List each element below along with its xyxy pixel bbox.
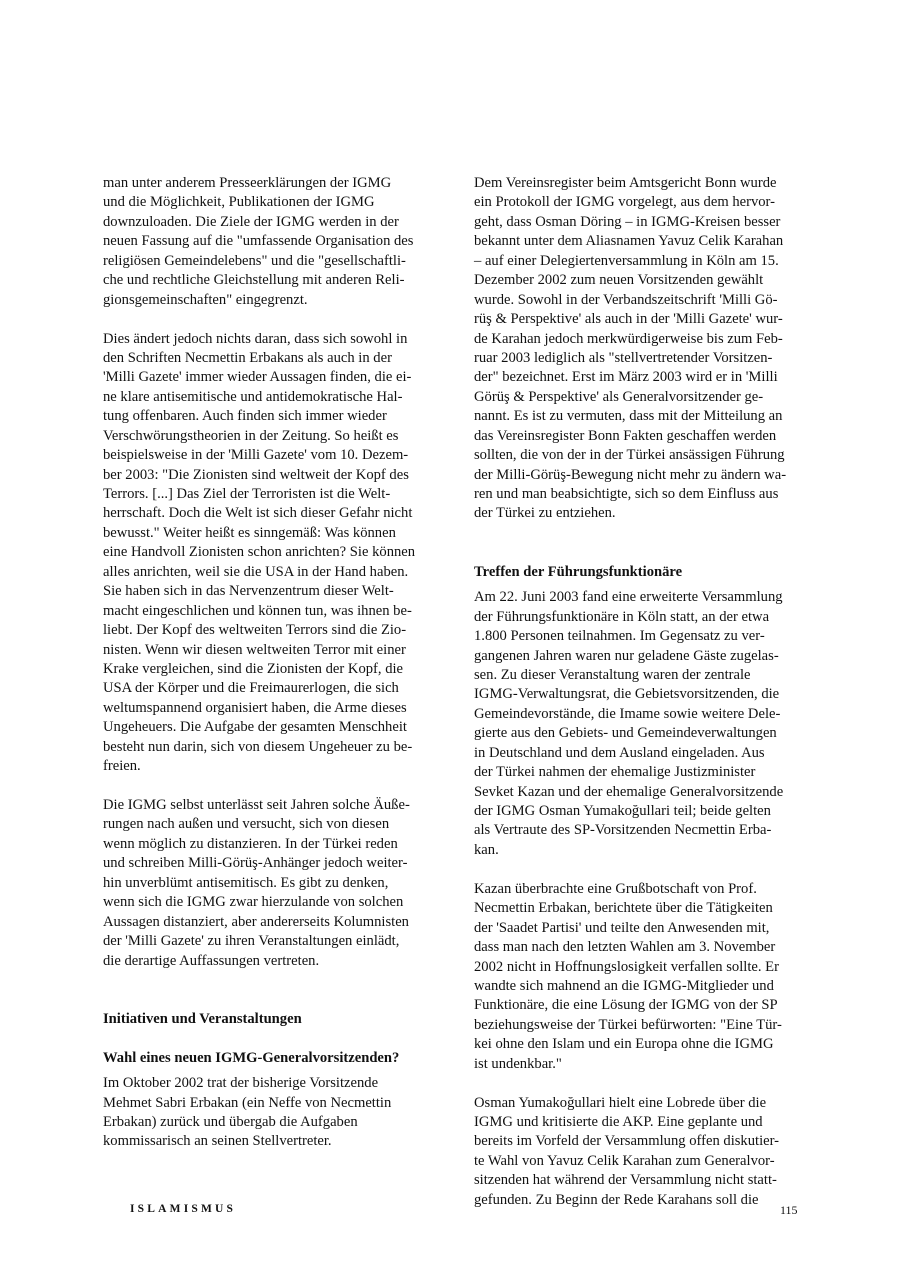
text-line: gierte aus den Gebiets- und Gemeindeverw… xyxy=(474,724,824,743)
text-line: Terrors. [...] Das Ziel der Terroristen … xyxy=(103,485,453,504)
text-line: 1.800 Personen teilnahmen. Im Gegensatz … xyxy=(474,627,824,646)
paragraph: Im Oktober 2002 trat der bisherige Vorsi… xyxy=(103,1074,453,1152)
section-heading: Initiativen und Veranstaltungen xyxy=(103,1010,453,1029)
paragraph: Dies ändert jedoch nichts daran, dass si… xyxy=(103,330,453,777)
text-line: Sie haben sich in das Nervenzentrum dies… xyxy=(103,582,453,601)
text-line: die derartige Auffassungen vertreten. xyxy=(103,952,453,971)
text-line: Mehmet Sabri Erbakan (ein Neffe von Necm… xyxy=(103,1094,453,1113)
paragraph: Osman Yumakoğullari hielt eine Lobrede ü… xyxy=(474,1094,824,1211)
text-line: Ungeheuers. Die Aufgabe der gesamten Men… xyxy=(103,718,453,737)
paragraph: man unter anderem Presseerklärungen der … xyxy=(103,174,453,310)
text-line: alles anrichten, weil sie die USA in der… xyxy=(103,563,453,582)
text-line: Dem Vereinsregister beim Amtsgericht Bon… xyxy=(474,174,824,193)
text-line: Funktionäre, die eine Lösung der IGMG vo… xyxy=(474,996,824,1015)
text-line: gangenen Jahren waren nur geladene Gäste… xyxy=(474,647,824,666)
text-line: der Führungsfunktionäre in Köln statt, a… xyxy=(474,608,824,627)
text-line: das Vereinsregister Bonn Fakten geschaff… xyxy=(474,427,824,446)
text-line: der" bezeichnet. Erst im März 2003 wird … xyxy=(474,368,824,387)
text-line: der IGMG Osman Yumakoğullari teil; beide… xyxy=(474,802,824,821)
text-line: bewusst." Weiter heißt es sinngemäß: Was… xyxy=(103,524,453,543)
text-line: che und rechtliche Gleichstellung mit an… xyxy=(103,271,453,290)
text-line: de Karahan jedoch merkwürdigerweise bis … xyxy=(474,330,824,349)
text-line: Krake vergleichen, sind die Zionisten de… xyxy=(103,660,453,679)
text-line: liebt. Der Kopf des weltweiten Terrors s… xyxy=(103,621,453,640)
text-line: ruar 2003 lediglich als "stellvertretend… xyxy=(474,349,824,368)
text-line: Im Oktober 2002 trat der bisherige Vorsi… xyxy=(103,1074,453,1093)
text-line: gefunden. Zu Beginn der Rede Karahans so… xyxy=(474,1191,824,1210)
text-line: Necmettin Erbakan, berichtete über die T… xyxy=(474,899,824,918)
text-line: 'Milli Gazete' immer wieder Aussagen fin… xyxy=(103,368,453,387)
text-line: Gemeindevorstände, die Imame sowie weite… xyxy=(474,705,824,724)
text-line: kan. xyxy=(474,841,824,860)
text-line: IGMG-Verwaltungsrat, die Gebietsvorsitze… xyxy=(474,685,824,704)
text-line: Dies ändert jedoch nichts daran, dass si… xyxy=(103,330,453,349)
text-line: Die IGMG selbst unterlässt seit Jahren s… xyxy=(103,796,453,815)
text-line: wurde. Sowohl in der Verbandszeitschrift… xyxy=(474,291,824,310)
text-line: ne klare antisemitische und antidemokrat… xyxy=(103,388,453,407)
text-line: sen. Zu dieser Veranstaltung waren der z… xyxy=(474,666,824,685)
text-line: Erbakan) zurück und übergab die Aufgaben xyxy=(103,1113,453,1132)
text-line: der Milli-Görüş-Bewegung nicht mehr zu ä… xyxy=(474,466,824,485)
text-line: te Wahl von Yavuz Celik Karahan zum Gene… xyxy=(474,1152,824,1171)
text-line: sitzenden hat während der Versammlung ni… xyxy=(474,1171,824,1190)
paragraph: Am 22. Juni 2003 fand eine erweiterte Ve… xyxy=(474,588,824,860)
text-line: rungen nach außen und versucht, sich von… xyxy=(103,815,453,834)
text-line: weltumspannend organisiert haben, die Ar… xyxy=(103,699,453,718)
text-line: 2002 nicht in Hoffnungslosigkeit verfall… xyxy=(474,958,824,977)
text-line: freien. xyxy=(103,757,453,776)
text-line: gionsgemeinschaften" eingegrenzt. xyxy=(103,291,453,310)
text-line: wandte sich mahnend an die IGMG-Mitglied… xyxy=(474,977,824,996)
text-line: neuen Fassung auf die "umfassende Organi… xyxy=(103,232,453,251)
text-line: IGMG und kritisierte die AKP. Eine gepla… xyxy=(474,1113,824,1132)
footer-section-title: ISLAMISMUS xyxy=(130,1203,236,1215)
text-line: Verschwörungstheorien in der Zeitung. So… xyxy=(103,427,453,446)
paragraph: Kazan überbrachte eine Grußbotschaft von… xyxy=(474,880,824,1074)
text-line: religiösen Gemeindelebens" und die "gese… xyxy=(103,252,453,271)
text-line: eine Handvoll Zionisten schon anrichten?… xyxy=(103,543,453,562)
text-line: ren und man beabsichtigte, sich so dem E… xyxy=(474,485,824,504)
text-line: als Vertraute des SP-Vorsitzenden Necmet… xyxy=(474,821,824,840)
section-heading: Treffen der Führungsfunktionäre xyxy=(474,563,824,582)
text-line: nisten. Wenn wir diesen weltweiten Terro… xyxy=(103,641,453,660)
paragraph: Die IGMG selbst unterlässt seit Jahren s… xyxy=(103,796,453,971)
text-line: Sevket Kazan und der ehemalige Generalvo… xyxy=(474,783,824,802)
paragraph: Dem Vereinsregister beim Amtsgericht Bon… xyxy=(474,174,824,524)
text-line: USA der Körper und die Freimaurerlogen, … xyxy=(103,679,453,698)
text-line: Aussagen distanziert, aber andererseits … xyxy=(103,913,453,932)
text-line: macht eingeschlichen und können tun, was… xyxy=(103,602,453,621)
text-line: geht, dass Osman Döring – in IGMG-Kreise… xyxy=(474,213,824,232)
text-line: den Schriften Necmettin Erbakans als auc… xyxy=(103,349,453,368)
text-line: besteht nun darin, sich von diesem Ungeh… xyxy=(103,738,453,757)
text-line: Kazan überbrachte eine Grußbotschaft von… xyxy=(474,880,824,899)
text-line: downzuloaden. Die Ziele der IGMG werden … xyxy=(103,213,453,232)
text-line: wenn möglich zu distanzieren. In der Tür… xyxy=(103,835,453,854)
text-line: herrschaft. Doch die Welt ist sich diese… xyxy=(103,504,453,523)
text-line: man unter anderem Presseerklärungen der … xyxy=(103,174,453,193)
text-line: Görüş & Perspektive' als Generalvorsitze… xyxy=(474,388,824,407)
text-line: wenn sich die IGMG zwar hierzulande von … xyxy=(103,893,453,912)
text-line: Osman Yumakoğullari hielt eine Lobrede ü… xyxy=(474,1094,824,1113)
text-line: – auf einer Delegiertenversammlung in Kö… xyxy=(474,252,824,271)
text-line: nannt. Es ist zu vermuten, dass mit der … xyxy=(474,407,824,426)
text-line: rüş & Perspektive' als auch in der 'Mill… xyxy=(474,310,824,329)
text-line: sollten, die von der in der Türkei ansäs… xyxy=(474,446,824,465)
text-line: Am 22. Juni 2003 fand eine erweiterte Ve… xyxy=(474,588,824,607)
text-line: hin unverblümt antisemitisch. Es gibt zu… xyxy=(103,874,453,893)
text-line: in Deutschland und dem Ausland eingelade… xyxy=(474,744,824,763)
left-column: man unter anderem Presseerklärungen der … xyxy=(103,174,453,1171)
text-line: kommissarisch an seinen Stellvertreter. xyxy=(103,1132,453,1151)
text-line: der Türkei nahmen der ehemalige Justizmi… xyxy=(474,763,824,782)
text-line: und die Möglichkeit, Publikationen der I… xyxy=(103,193,453,212)
text-line: der 'Milli Gazete' zu ihren Veranstaltun… xyxy=(103,932,453,951)
text-line: bekannt unter dem Aliasnamen Yavuz Celik… xyxy=(474,232,824,251)
text-line: kei ohne den Islam und ein Europa ohne d… xyxy=(474,1035,824,1054)
page-number: 115 xyxy=(780,1203,798,1218)
text-line: ein Protokoll der IGMG vorgelegt, aus de… xyxy=(474,193,824,212)
text-line: dass man nach den letzten Wahlen am 3. N… xyxy=(474,938,824,957)
text-line: der Türkei zu entziehen. xyxy=(474,504,824,523)
text-line: beispielsweise in der 'Milli Gazete' vom… xyxy=(103,446,453,465)
text-line: Dezember 2002 zum neuen Vorsitzenden gew… xyxy=(474,271,824,290)
text-line: beziehungsweise der Türkei befürworten: … xyxy=(474,1016,824,1035)
text-line: ist undenkbar." xyxy=(474,1055,824,1074)
text-line: ber 2003: "Die Zionisten sind weltweit d… xyxy=(103,466,453,485)
text-line: und schreiben Milli-Görüş-Anhänger jedoc… xyxy=(103,854,453,873)
text-line: der 'Saadet Partisi' und teilte den Anwe… xyxy=(474,919,824,938)
subsection-heading: Wahl eines neuen IGMG-Generalvorsitzende… xyxy=(103,1049,453,1068)
text-line: bereits im Vorfeld der Versammlung offen… xyxy=(474,1132,824,1151)
right-column: Dem Vereinsregister beim Amtsgericht Bon… xyxy=(474,174,824,1230)
text-line: tung offenbaren. Auch finden sich immer … xyxy=(103,407,453,426)
